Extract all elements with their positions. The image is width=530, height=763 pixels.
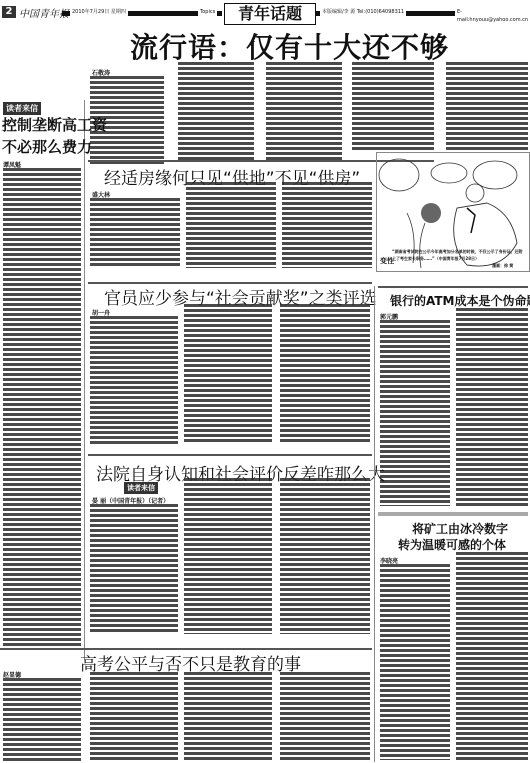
housing-col-1 — [90, 198, 180, 268]
housing-col-2 — [186, 182, 276, 268]
main-col-5 — [446, 62, 528, 150]
court-col-3 — [280, 478, 370, 634]
gaokao-col-3 — [184, 672, 272, 762]
divider-atm — [378, 286, 528, 288]
email-contact: E-mail:hnyouu@yahoo.com.cn — [455, 8, 530, 24]
atm-headline: 银行的ATM成本是个伪命题 — [390, 292, 530, 309]
miners-headline-1: 将矿工由冰冷数字 — [412, 520, 508, 537]
left-column-divider — [84, 100, 85, 660]
atm-col-1 — [380, 320, 450, 506]
court-col-2 — [184, 478, 272, 634]
right-column-divider — [374, 286, 375, 762]
main-col-3 — [266, 62, 342, 162]
officials-col-1 — [90, 316, 178, 444]
miners-col-1 — [380, 564, 450, 760]
section-en: Topics — [198, 8, 217, 16]
court-col-1 — [90, 504, 178, 634]
issue-date: 2010年7月29日 星期四 — [70, 8, 128, 16]
miners-headline-2: 转为温暖可感的个体 — [398, 536, 506, 553]
divider-court — [88, 454, 372, 456]
section-title: 青年话题 — [224, 3, 316, 25]
page-number: 2 — [2, 6, 16, 18]
main-col-4 — [352, 62, 434, 150]
main-headline: 流行语：仅有十大还不够 — [130, 26, 449, 66]
gaokao-col-1 — [3, 678, 81, 762]
gaokao-col-4 — [280, 672, 370, 762]
sidebar-title-1: 控制垄断高工资 — [2, 114, 107, 136]
cartoon-caption: “湖南省考试院在公示今年高考加分名单的时候，不仅公示了身份证，还附上了考生家长职… — [392, 248, 524, 262]
officials-col-2 — [184, 304, 272, 444]
court-tag: 读者来信 — [124, 482, 158, 494]
main-col-2 — [178, 62, 254, 162]
atm-col-2 — [456, 308, 528, 506]
masthead: 2 中国青年报 2010年7月29日 星期四 Topics 青年话题 本版编辑/… — [0, 2, 530, 20]
cartoon-credit: 漫画：徐 简 — [492, 262, 513, 269]
housing-col-3 — [282, 182, 372, 268]
divider-miners — [378, 512, 528, 516]
officials-col-3 — [280, 304, 370, 444]
gaokao-col-2 — [90, 672, 178, 762]
sidebar-body — [3, 168, 81, 648]
miners-col-2 — [456, 552, 528, 760]
sidebar-title-2: 不必那么费力 — [2, 136, 92, 158]
cartoon-label: 变性 — [380, 256, 394, 266]
editor-contact: 本版编辑/李 源 Tel:(010)64098311 — [320, 8, 406, 16]
